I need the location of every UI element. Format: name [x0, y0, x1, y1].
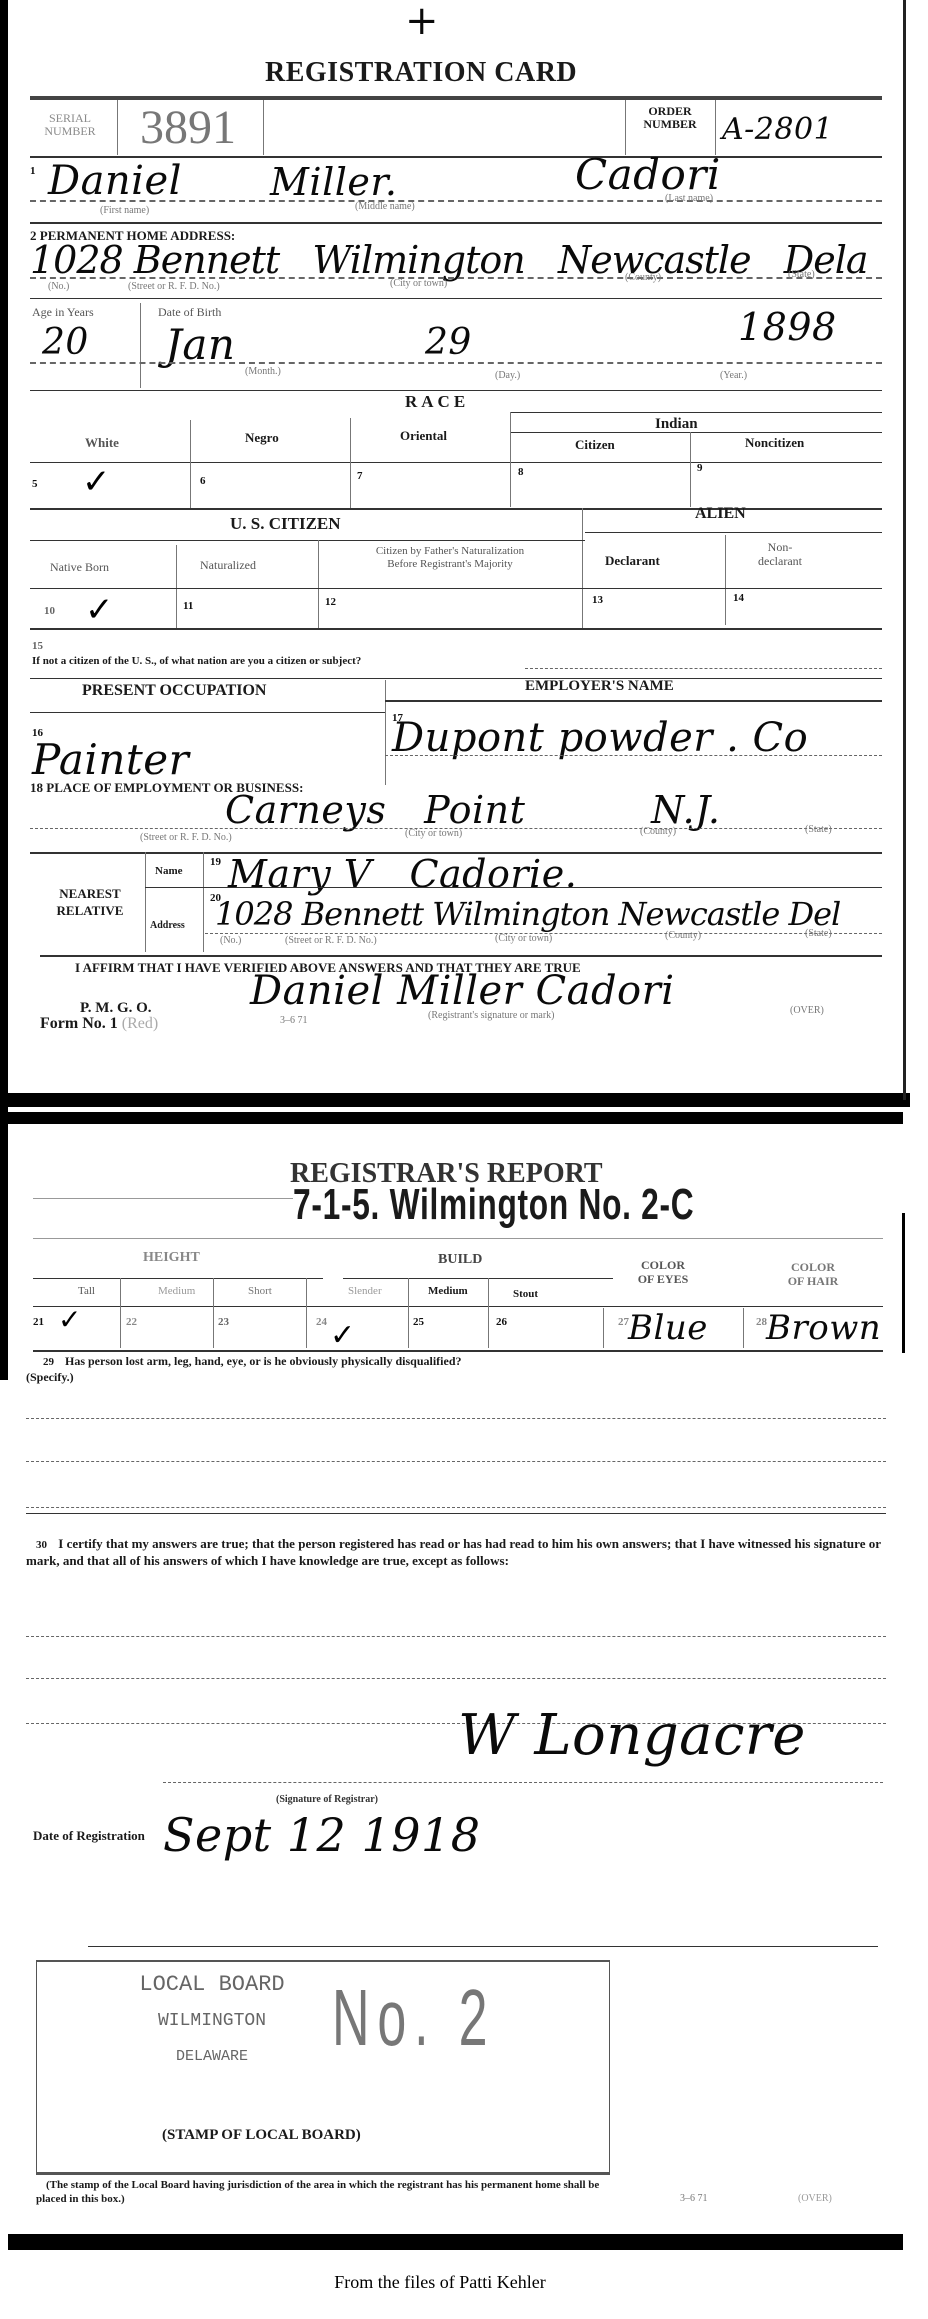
no-label: (No.) — [48, 281, 69, 292]
registrar-certification: 30 I certify that my answers are true; t… — [26, 1536, 881, 1569]
divider — [120, 1278, 121, 1348]
field-number: 15 — [32, 640, 43, 652]
employer-label: EMPLOYER'S NAME — [525, 678, 674, 695]
rule — [88, 1946, 878, 1947]
divider — [510, 412, 511, 507]
build-stout-label: Stout — [513, 1288, 538, 1300]
rule — [30, 362, 882, 364]
registrant-signature-label: (Registrant's signature or mark) — [428, 1010, 555, 1021]
registrant-signature: Daniel Miller Cadori — [250, 968, 675, 1014]
answer-line — [26, 1461, 886, 1462]
city-label: (City or town) — [390, 278, 447, 289]
city-label: (City or town) — [405, 828, 462, 839]
county-label: (County) — [640, 826, 676, 837]
last-name-value: Cadori — [575, 150, 721, 199]
serial-number-value: 3891 — [140, 100, 236, 155]
divider — [725, 535, 726, 625]
field-number: 6 — [200, 475, 206, 487]
stamp-note: (The stamp of the Local Board having jur… — [36, 2178, 616, 2206]
rule — [145, 887, 882, 888]
stamp-caption: (STAMP OF LOCAL BOARD) — [162, 2127, 361, 2144]
rule — [33, 1350, 883, 1352]
fathers-naturalization-label: Citizen by Father's Naturalization Befor… — [330, 545, 570, 571]
dob-label: Date of Birth — [158, 305, 221, 320]
rule — [33, 1238, 883, 1239]
rule — [30, 277, 882, 279]
divider — [117, 100, 118, 155]
field-number: 24 — [316, 1316, 327, 1328]
answer-line — [26, 1636, 886, 1637]
back-card: REGISTRAR'S REPORT 7-1-5. Wilmington No.… — [8, 1118, 905, 2250]
rule — [30, 678, 882, 679]
height-medium-label: Medium — [158, 1285, 195, 1297]
height-tall-label: Tall — [78, 1285, 95, 1297]
front-card: + REGISTRATION CARD SERIAL NUMBER 3891 O… — [0, 0, 910, 1112]
nondeclarant-label: Non- declarant — [725, 540, 835, 568]
divider — [625, 100, 626, 155]
field-number: 14 — [733, 592, 744, 604]
rule — [510, 432, 882, 433]
field-number: 1 — [30, 165, 36, 177]
race-white-label: White — [85, 435, 119, 451]
middle-name-label: (Middle name) — [355, 201, 415, 212]
rule — [30, 628, 882, 630]
field-number: 8 — [518, 466, 524, 478]
divider — [263, 100, 264, 155]
rule — [30, 588, 882, 589]
dob-year-value: 1898 — [738, 305, 837, 349]
divider — [715, 100, 716, 155]
field-number: 9 — [697, 462, 703, 474]
nearest-relative-label: NEAREST RELATIVE — [40, 885, 140, 919]
dob-day-value: 29 — [425, 322, 472, 363]
local-board-stamp-box: LOCAL BOARD WILMINGTON DELAWARE No. 2 (S… — [36, 1960, 610, 2175]
card-edge-bottom — [8, 2234, 903, 2250]
field-number: 22 — [126, 1316, 137, 1328]
card-edge-right — [903, 0, 906, 1100]
divider — [603, 1308, 604, 1348]
divider — [690, 432, 691, 507]
field-number: 11 — [183, 600, 193, 612]
age-value: 20 — [42, 322, 89, 363]
specify-label: (Specify.) — [26, 1370, 74, 1385]
hair-color-value: Brown — [766, 1308, 881, 1348]
middle-name-value: Miller. — [270, 160, 397, 204]
race-title: RACE — [405, 392, 469, 412]
day-label: (Day.) — [495, 370, 520, 381]
pencil-mark: + — [405, 0, 439, 44]
registration-date-label: Date of Registration — [33, 1828, 145, 1844]
city-label: (City or town) — [495, 933, 552, 944]
rule — [30, 462, 882, 463]
race-indian-citizen-label: Citizen — [575, 437, 615, 453]
divider — [306, 1278, 307, 1348]
field-number: 26 — [496, 1316, 507, 1328]
age-label: Age in Years — [32, 305, 94, 320]
native-born-checkmark: ✓ — [85, 590, 114, 630]
occupation-label: PRESENT OCCUPATION — [82, 682, 266, 700]
native-born-label: Native Born — [50, 560, 109, 575]
rule — [385, 755, 882, 756]
card-edge-bottom — [8, 1093, 910, 1107]
white-checkmark: ✓ — [82, 462, 111, 502]
build-medium-label: Medium — [428, 1285, 468, 1297]
nation-answer-line — [525, 668, 882, 669]
serial-number-label: SERIAL NUMBER — [30, 112, 110, 138]
eye-color-value: Blue — [628, 1308, 708, 1348]
registration-date-value: Sept 12 1918 — [163, 1808, 481, 1862]
divider — [190, 420, 191, 510]
field-number: 19 — [210, 856, 221, 868]
build-slender-label: Slender — [348, 1285, 382, 1297]
height-short-label: Short — [248, 1285, 272, 1297]
registrar-stamp: 7-1-5. Wilmington No. 2-C — [293, 1180, 694, 1230]
last-name-label: (Last name) — [665, 193, 713, 204]
relative-address-label: Address — [150, 920, 185, 931]
order-number-value: A-2801 — [722, 112, 833, 147]
signature-line — [163, 1782, 883, 1783]
divider — [140, 303, 141, 388]
rule — [40, 955, 882, 957]
rule — [385, 700, 882, 702]
eye-color-label: COLOR OF EYES — [618, 1258, 708, 1286]
street-label: (Street or R. F. D. No.) — [140, 832, 232, 843]
field-number: 5 — [32, 478, 38, 490]
race-indian-noncitizen-label: Noncitizen — [745, 435, 804, 451]
rule — [510, 412, 882, 413]
divider — [203, 852, 204, 952]
field-number: 21 — [33, 1316, 44, 1328]
relative-address-value: 1028 Bennett Wilmington Newcastle Del — [215, 895, 840, 933]
field-number: 7 — [357, 470, 363, 482]
field-number: 23 — [218, 1316, 229, 1328]
field-number: 12 — [325, 596, 336, 608]
over-label: (OVER) — [790, 1005, 824, 1016]
local-board-number: No. 2 — [332, 1972, 495, 2064]
divider — [743, 1308, 744, 1348]
year-label: (Year.) — [720, 370, 747, 381]
order-number-label: ORDER NUMBER — [630, 105, 710, 131]
rule — [33, 1198, 293, 1199]
answer-line — [26, 1507, 886, 1508]
rule — [33, 1278, 323, 1279]
state-label: (State) — [805, 824, 832, 835]
rule — [26, 1513, 886, 1514]
divider — [318, 540, 319, 630]
us-citizen-title: U. S. CITIZEN — [230, 514, 341, 534]
race-oriental-label: Oriental — [400, 428, 447, 444]
no-label: (No.) — [220, 935, 241, 946]
disqualification-question: 29 Has person lost arm, leg, hand, eye, … — [43, 1354, 883, 1369]
registrar-signature: W Longacre — [458, 1703, 806, 1768]
alien-title: ALIEN — [695, 505, 746, 523]
home-address-value: 1028 Bennett Wilmington Newcastle Dela — [30, 238, 868, 282]
state-label: (State) — [805, 928, 832, 939]
divider — [350, 418, 351, 508]
rule — [30, 540, 585, 541]
form-code: 3–6 71 — [280, 1015, 308, 1026]
divider — [145, 852, 146, 952]
field-number: 25 — [413, 1316, 424, 1328]
slender-checkmark: ✓ — [330, 1318, 355, 1353]
over-label: (OVER) — [798, 2193, 832, 2204]
card-edge-right — [902, 1213, 905, 1353]
street-label: (Street or R. F. D. No.) — [285, 935, 377, 946]
card-edge-left — [0, 0, 8, 1380]
build-title: BUILD — [438, 1252, 482, 1268]
divider — [385, 680, 386, 785]
rule — [33, 1306, 883, 1307]
rule — [30, 200, 882, 202]
street-label: (Street or R. F. D. No.) — [128, 281, 220, 292]
answer-line — [26, 1678, 886, 1679]
answer-line — [26, 1418, 886, 1419]
rule — [585, 532, 882, 533]
month-label: (Month.) — [245, 366, 281, 377]
state-label: (State) — [788, 269, 815, 280]
occupation-value: Painter — [32, 735, 189, 784]
source-credit: From the files of Patti Kehler — [0, 2272, 880, 2293]
form-code: 3–6 71 — [680, 2193, 708, 2204]
divider — [488, 1278, 489, 1348]
local-board-stamp-text: LOCAL BOARD WILMINGTON DELAWARE — [137, 1967, 287, 2075]
county-label: (County) — [665, 930, 701, 941]
rule — [30, 508, 882, 510]
county-label: (County) — [625, 272, 661, 283]
relative-name-label: Name — [155, 865, 183, 877]
field-number: 10 — [44, 605, 55, 617]
hair-color-label: COLOR OF HAIR — [768, 1260, 858, 1288]
rule — [343, 1278, 613, 1279]
first-name-label: (First name) — [100, 205, 149, 216]
naturalized-label: Naturalized — [200, 558, 256, 573]
race-negro-label: Negro — [245, 430, 279, 446]
field-number: 13 — [592, 594, 603, 606]
registrar-signature-label: (Signature of Registrar) — [276, 1794, 378, 1805]
relative-name-value: Mary V Cadorie. — [228, 852, 577, 896]
rule — [30, 222, 882, 224]
divider — [582, 508, 583, 628]
rule — [30, 390, 882, 391]
card-edge-top — [8, 1112, 903, 1124]
tall-checkmark: ✓ — [58, 1303, 81, 1336]
divider — [213, 1278, 214, 1348]
declarant-label: Declarant — [605, 553, 660, 569]
race-indian-label: Indian — [655, 416, 698, 433]
nation-question-label: If not a citizen of the U. S., of what n… — [32, 655, 361, 667]
rule — [30, 712, 385, 713]
rule — [30, 298, 882, 299]
first-name-value: Daniel — [48, 158, 182, 204]
divider — [408, 1278, 409, 1348]
form-number: Form No. 1 (Red) — [40, 1015, 158, 1033]
height-title: HEIGHT — [143, 1250, 200, 1266]
card-title: REGISTRATION CARD — [265, 57, 577, 89]
